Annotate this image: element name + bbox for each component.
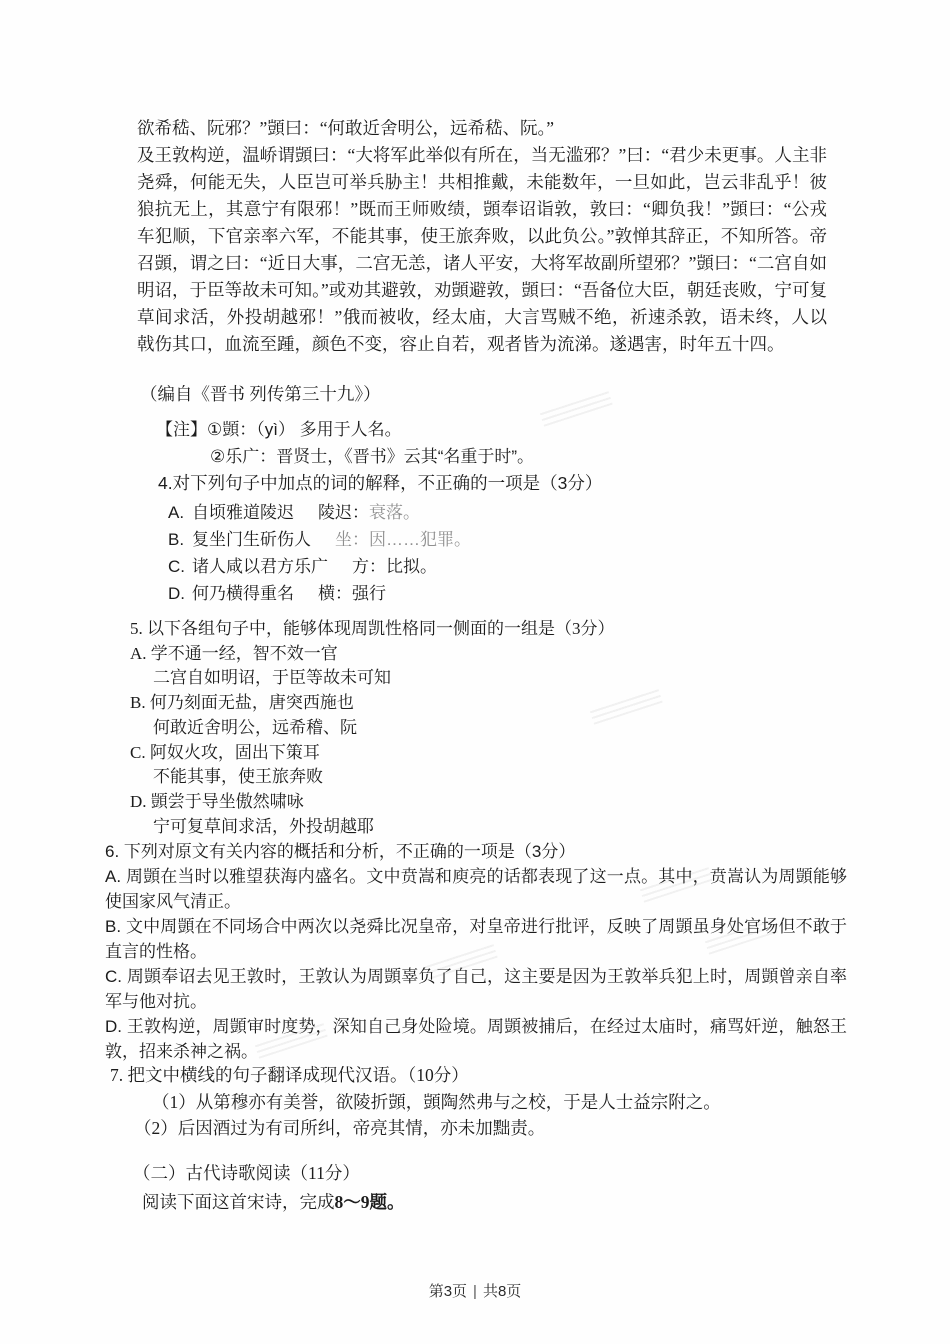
option-phrase: 自顷雅道陵迟	[192, 498, 294, 523]
q6-option-a: A. 周顗在当时以雅望获海内盛名。文中贲嵩和庾亮的话都表现了这一点。其中，贲嵩认…	[105, 864, 847, 914]
question-6-stem: 6. 下列对原文有关内容的概括和分析，不正确的一项是（3分）	[105, 839, 847, 864]
option-term: 方：	[352, 557, 386, 576]
q5-group-b-line1: B. 何乃刻面无盐，唐突西施也	[130, 691, 615, 716]
option-phrase: 何乃横得重名	[192, 579, 294, 604]
question-range: 8～9题。	[335, 1192, 405, 1212]
option-def: 衰落。	[369, 503, 420, 522]
option-label: B.	[168, 530, 192, 550]
note-line-1: 【注】①顗：（yì） 多用于人名。	[156, 416, 402, 443]
q5-group-d-line2: 宁可复草间求活，外投胡越耶	[130, 815, 615, 840]
question-5-stem: 5. 以下各组句子中，能够体现周凯性格同一侧面的一组是（3分）	[130, 617, 615, 642]
note-item-1: ①顗：（yì） 多用于人名。	[207, 420, 402, 439]
section-2-title: （二）古代诗歌阅读（11分）	[133, 1160, 360, 1185]
q6-option-b: B. 文中周顗在不同场合中两次以尧舜比况皇帝，对皇帝进行批评，反映了周顗虽身处官…	[105, 914, 847, 964]
option-label: D.	[168, 584, 192, 604]
q4-option-a: A.自顷雅道陵迟陵迟：衰落。	[168, 498, 420, 523]
option-phrase: 诸人咸以君方乐广	[192, 552, 328, 577]
q4-option-b: B.复坐门生斫伤人坐：因……犯罪。	[168, 525, 471, 550]
page-footer: 第3页|共8页	[0, 1280, 950, 1301]
option-def: 比拟。	[386, 557, 437, 576]
question-5: 5. 以下各组句子中，能够体现周凯性格同一侧面的一组是（3分） A. 学不通一经…	[130, 617, 615, 839]
option-term: 坐：	[335, 530, 369, 549]
option-phrase: 复坐门生斫伤人	[192, 525, 311, 550]
note-line-2: ②乐广：晋贤士，《晋书》云其“名重于时”。	[210, 443, 534, 470]
option-label: C.	[168, 557, 192, 577]
passage-paragraph-1: 欲希嵇、阮邪？”顗曰：“何敢近舍明公，远希嵇、阮。”	[137, 115, 827, 142]
q5-group-c-line2: 不能其事，使王旅奔败	[130, 765, 615, 790]
exam-page: 欲希嵇、阮邪？”顗曰：“何敢近舍明公，远希嵇、阮。” 及王敦构逆，温峤谓顗曰：“…	[0, 0, 950, 1344]
watermark-smudge	[539, 389, 612, 426]
option-def: 因……犯罪。	[369, 530, 471, 549]
q5-group-b-line2: 何敢近舍明公，远希稽、阮	[130, 716, 615, 741]
question-7: 7. 把文中横线的句子翻译成现代汉语。（10分） （1）从第穆亦有美誉，欲陵折顗…	[110, 1062, 721, 1142]
q6-option-d: D. 王敦构逆，周顗审时度势，深知自己身处险境。周顗被捕后，在经过太庙时，痛骂奸…	[105, 1014, 847, 1064]
q5-group-d-line1: D. 顗尝于导坐傲然啸咏	[130, 790, 615, 815]
q5-group-a-line2: 二宫自如明诏，于臣等故未可知	[130, 666, 615, 691]
question-4-stem: 4.对下列句子中加点的词的解释，不正确的一项是（3分）	[158, 470, 602, 495]
q4-option-d: D.何乃横得重名横：强行	[168, 579, 386, 604]
question-5-number: 5.	[130, 619, 143, 638]
question-7-stem: 7. 把文中横线的句子翻译成现代汉语。（10分）	[110, 1062, 721, 1089]
q5-group-c-line1: C. 阿奴火攻，固出下策耳	[130, 741, 615, 766]
question-6-number: 6.	[105, 842, 119, 861]
page-total: 共8页	[483, 1283, 521, 1300]
option-term: 横：	[318, 584, 352, 603]
q7-part-2: （2）后因酒过为有司所纠，帝亮其情，亦未加黜责。	[110, 1115, 721, 1142]
question-4-number: 4.	[158, 473, 173, 493]
page-number: 第3页	[429, 1283, 467, 1300]
footer-separator: |	[473, 1283, 477, 1300]
q7-part-1: （1）从第穆亦有美誉，欲陵折顗，顗陶然弗与之校，于是人士益宗附之。	[110, 1089, 721, 1116]
question-7-number: 7.	[110, 1065, 123, 1085]
question-6: 6. 下列对原文有关内容的概括和分析，不正确的一项是（3分） A. 周顗在当时以…	[105, 839, 847, 1064]
q5-group-a-line1: A. 学不通一经，智不效一官	[130, 642, 615, 667]
passage-paragraph-2: 及王敦构逆，温峤谓顗曰：“大将军此举似有所在，当无滥邪？”曰：“君少未更事。人主…	[137, 142, 827, 358]
note-label: 【注】	[156, 420, 207, 439]
option-def: 强行	[352, 584, 386, 603]
q6-option-c: C. 周顗奉诏去见王敦时，王敦认为周顗辜负了自己，这主要是因为王敦举兵犯上时，周…	[105, 964, 847, 1014]
option-label: A.	[168, 503, 192, 523]
section-2-instruction: 阅读下面这首宋诗，完成8～9题。	[142, 1189, 405, 1214]
option-term: 陵迟：	[318, 503, 369, 522]
passage-source: （编自《晋书 列传第三十九》）	[140, 381, 381, 406]
q4-option-c: C.诸人咸以君方乐广方：比拟。	[168, 552, 437, 577]
